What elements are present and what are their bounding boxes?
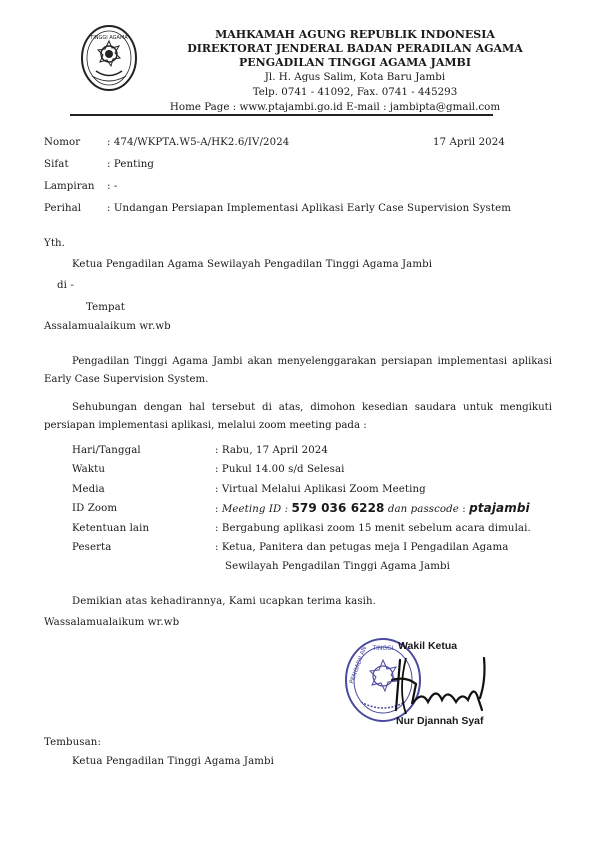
letterhead-line-2: DIREKTORAT JENDERAL BADAN PERADILAN AGAM… [150,42,560,55]
meta-label-lampiran: Lampiran [44,181,95,192]
meta-label-nomor: Nomor [44,137,80,148]
detail-value-time: : Pukul 14.00 s/d Selesai [215,464,345,475]
letterhead-address: Jl. H. Agus Salim, Kota Baru Jambi [150,71,560,83]
signatory-name: Nur Djannah Syaf [396,715,484,727]
court-seal-icon: TINGGI AGAMA [80,24,138,92]
recipient-place: Tempat [86,302,125,313]
letter-date: 17 April 2024 [433,137,505,148]
detail-label-zoom: ID Zoom [72,503,117,514]
body-paragraph-1: Pengadilan Tinggi Agama Jambi akan menye… [44,353,552,389]
closing-text: Demikian atas kehadirannya, Kami ucapkan… [72,596,376,607]
signatory-title: Wakil Ketua [398,640,457,652]
greeting: Assalamualaikum wr.wb [44,321,171,332]
meta-label-sifat: Sifat [44,159,69,170]
detail-label-time: Waktu [72,464,105,475]
detail-value-zoom: : Meeting ID : 579 036 6228 dan passcode… [215,501,530,515]
body-paragraph-2: Sehubungan dengan hal tersebut di atas, … [44,399,552,435]
meeting-id-label: Meeting ID : [222,504,292,515]
detail-value-participants: : Ketua, Panitera dan petugas meja I Pen… [215,542,508,553]
meta-value-lampiran: : - [107,181,117,192]
detail-label-participants: Peserta [72,542,111,553]
detail-value-rules: : Bergabung aplikasi zoom 15 menit sebel… [215,523,531,534]
passcode[interactable]: ptajambi [469,501,530,515]
letterhead-web: Home Page : www.ptajambi.go.id E-mail : … [130,101,540,113]
detail-value-participants-cont: Sewilayah Pengadilan Tinggi Agama Jambi [225,561,450,572]
meta-value-sifat: : Penting [107,159,154,170]
meta-value-perihal: : Undangan Persiapan Implementasi Aplika… [107,203,511,214]
detail-value-media: : Virtual Melalui Aplikasi Zoom Meeting [215,484,426,495]
svg-text:TINGGI AGAMA: TINGGI AGAMA [89,35,128,41]
detail-label-rules: Ketentuan lain [72,523,149,534]
recipient-yth: Yth. [44,238,65,249]
letterhead-phone: Telp. 0741 - 41092, Fax. 0741 - 445293 [150,86,560,98]
cc-item: Ketua Pengadilan Tinggi Agama Jambi [72,756,274,767]
cc-label: Tembusan: [44,737,101,748]
detail-label-date: Hari/Tanggal [72,445,141,456]
meta-value-nomor: : 474/WKPTA.W5-A/HK2.6/IV/2024 [107,137,289,148]
detail-label-media: Media [72,484,105,495]
farewell: Wassalamualaikum wr.wb [44,617,179,628]
header-divider [70,114,493,116]
letterhead-line-3: PENGADILAN TINGGI AGAMA JAMBI [150,56,560,69]
meeting-id[interactable]: 579 036 6228 [291,501,384,515]
detail-value-date: : Rabu, 17 April 2024 [215,445,328,456]
recipient-name: Ketua Pengadilan Agama Sewilayah Pengadi… [72,259,432,270]
meta-label-perihal: Perihal [44,203,81,214]
svg-text:PENGADILAN: PENGADILAN [348,646,368,685]
recipient-di: di - [57,280,74,291]
letterhead-line-1: MAHKAMAH AGUNG REPUBLIK INDONESIA [150,28,560,41]
signature-scribble-icon [386,650,496,720]
